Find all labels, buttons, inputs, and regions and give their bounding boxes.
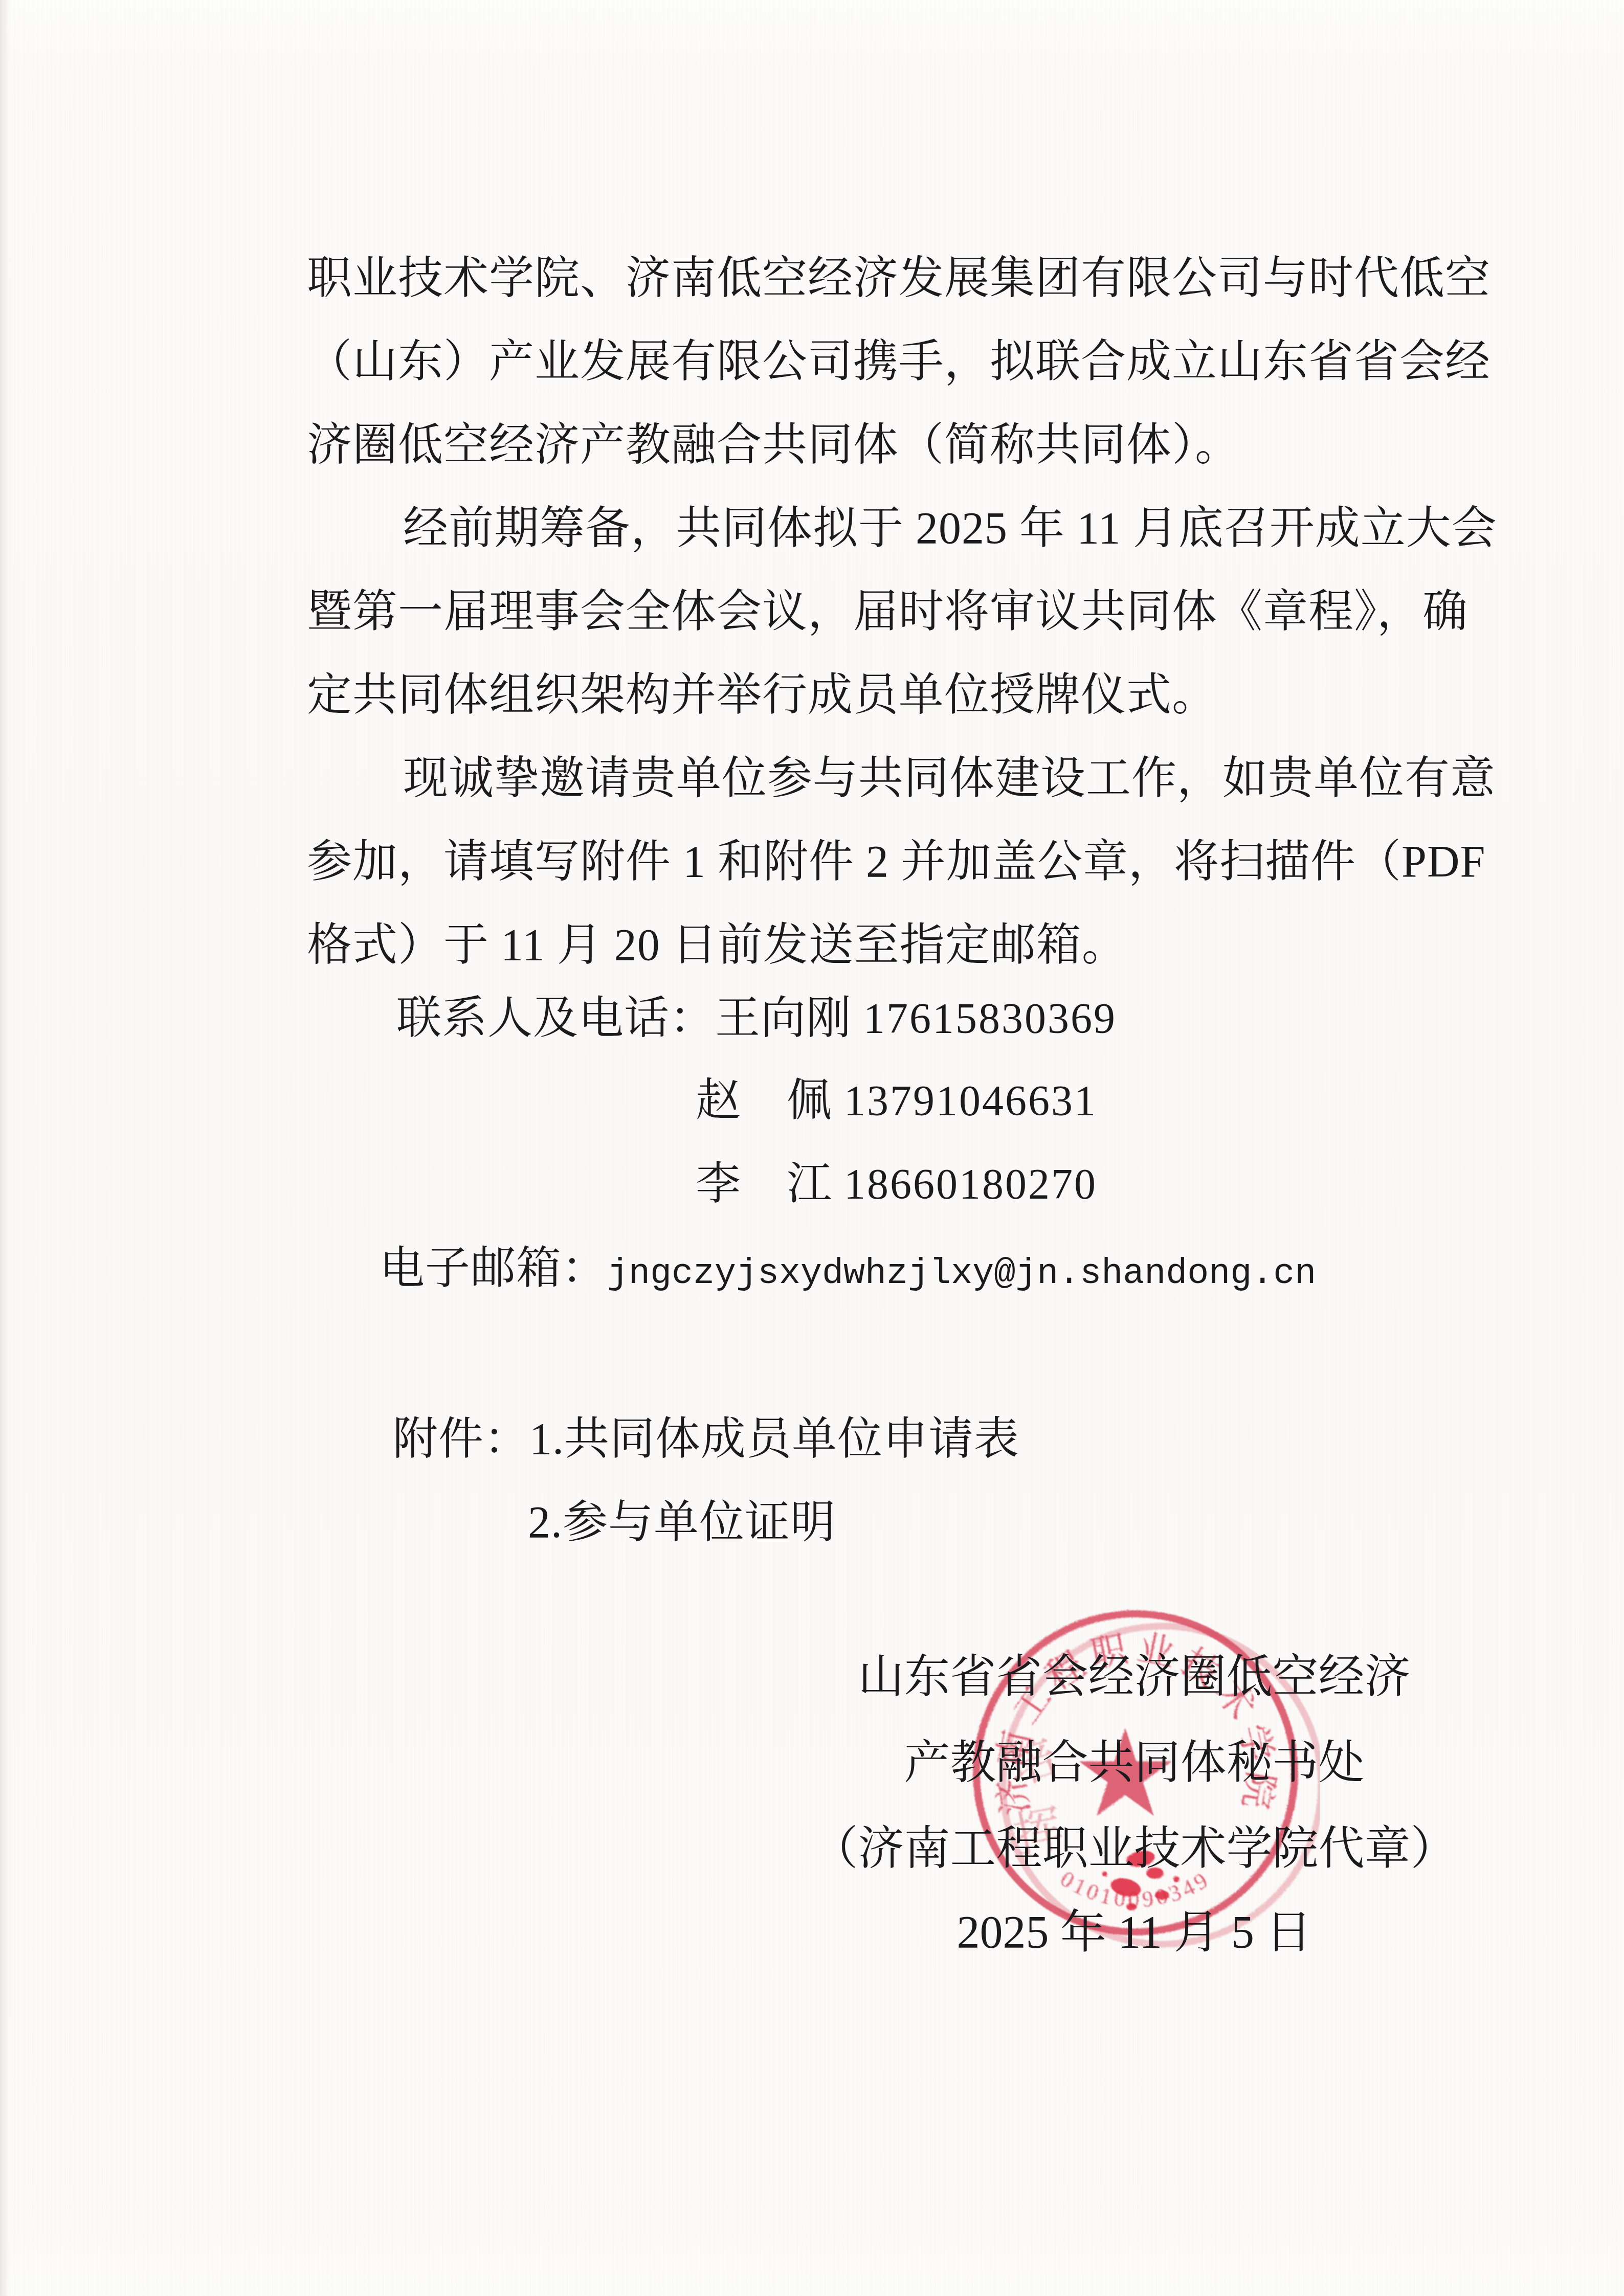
- scan-edge-shadow: [0, 0, 9, 2296]
- contact-line: 李 江 18660180270: [696, 1159, 1097, 1210]
- contact-name: 王向刚: [715, 994, 852, 1043]
- attachments-label: 附件：: [393, 1414, 529, 1464]
- attachment-item: 2.参与单位证明: [528, 1497, 836, 1548]
- body-line: 现诚挚邀请贵单位参与共同体建设工作，如贵单位有意: [403, 753, 1496, 804]
- email-line: 电子邮箱：jngczyjsxydwhzjlxy@jn.shandong.cn: [380, 1243, 1316, 1294]
- email-label: 电子邮箱：: [380, 1244, 607, 1293]
- contact-phone: 13791046631: [844, 1077, 1097, 1125]
- signature-org-line: 山东省省会经济圈低空经济: [790, 1652, 1478, 1703]
- contact-line: 赵 佩 13791046631: [696, 1075, 1097, 1127]
- contact-name: 赵 佩: [696, 1076, 832, 1126]
- body-line: 格式）于 11 月 20 日前发送至指定邮箱。: [307, 920, 1127, 971]
- attachments-line: 附件：1.共同体成员单位申请表: [393, 1414, 1019, 1465]
- body-line: 经前期筹备，共同体拟于 2025 年 11 月底召开成立大会: [403, 503, 1497, 554]
- signature-org-line: 产教融合共同体秘书处: [790, 1738, 1478, 1789]
- contact-phone: 17615830369: [863, 995, 1117, 1043]
- body-line: 参加，请填写附件 1 和附件 2 并加盖公章，将扫描件（PDF: [307, 837, 1485, 888]
- signature-seal-note: （济南工程职业技术学院代章）: [790, 1824, 1478, 1875]
- signature-date: 2025 年 11 月 5 日: [790, 1907, 1478, 1959]
- attachment-item: 1.共同体成员单位申请表: [529, 1414, 1019, 1464]
- body-line: 暨第一届理事会全体会议，届时将审议共同体《章程》，确: [307, 587, 1468, 638]
- email-address: jngczyjsxydwhzjlxy@jn.shandong.cn: [607, 1254, 1316, 1294]
- body-line: （山东）产业发展有限公司携手，拟联合成立山东省省会经: [307, 336, 1490, 388]
- scanned-letter-page: 济南工程职业技术学院 01010090349 培 挥 职业技术学院、济南低空经济…: [0, 0, 1624, 2296]
- contact-label: 联系人及电话：: [396, 994, 715, 1043]
- body-line: 职业技术学院、济南低空经济发展集团有限公司与时代低空: [307, 253, 1490, 304]
- body-line: 济圈低空经济产教融合共同体（简称共同体）。: [307, 420, 1240, 471]
- body-line: 定共同体组织架构并举行成员单位授牌仪式。: [307, 670, 1217, 721]
- contact-line: 联系人及电话：王向刚 17615830369: [396, 993, 1117, 1044]
- contact-name: 李 江: [696, 1159, 832, 1209]
- contact-phone: 18660180270: [844, 1161, 1097, 1208]
